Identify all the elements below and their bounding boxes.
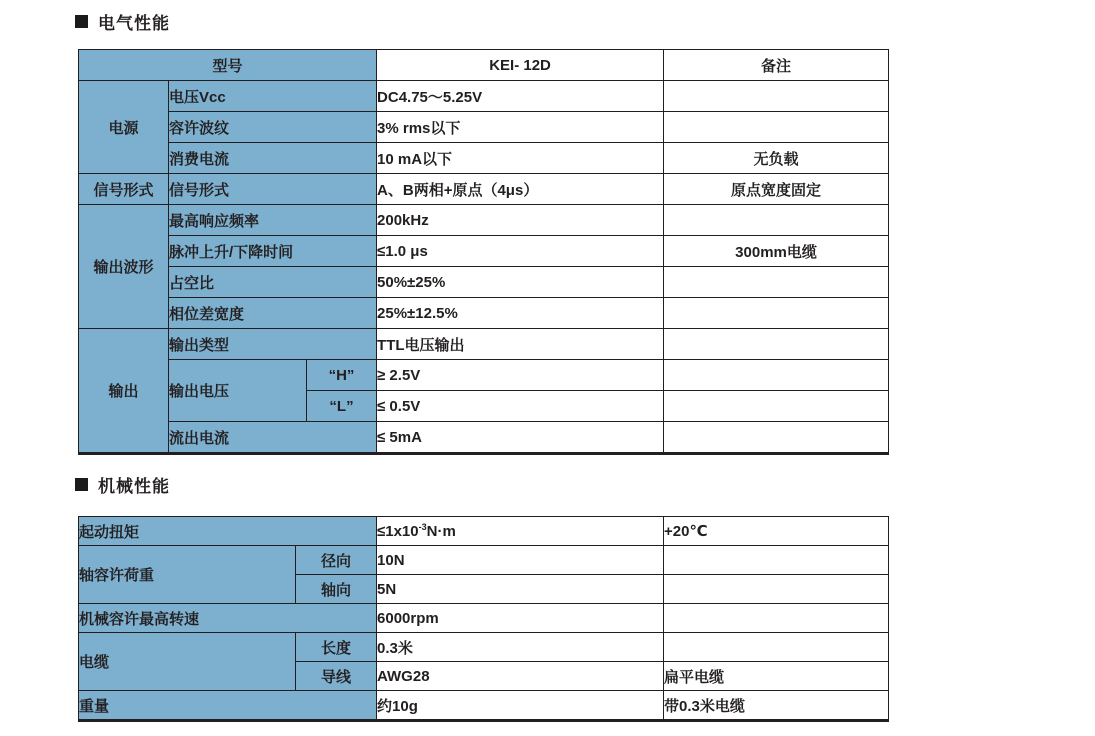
table-row: 输出波形 最高响应频率 200kHz <box>79 205 889 236</box>
section-heading-mechanical: 机械性能 <box>75 472 170 497</box>
spec-value: AWG28 <box>377 662 664 691</box>
remark-cell <box>664 205 889 236</box>
param-label: 最高响应频率 <box>169 205 377 236</box>
value-superscript: -3 <box>419 522 427 532</box>
remark-cell <box>664 575 889 604</box>
sub-label-wire: 导线 <box>296 662 377 691</box>
section-heading-electrical: 电气性能 <box>75 9 170 34</box>
table-row: 输出电压 “H” ≥ 2.5V <box>79 360 889 391</box>
group-label-output: 输出 <box>79 329 169 454</box>
spec-value: TTL电压输出 <box>377 329 664 360</box>
table-row: 电缆 长度 0.3米 <box>79 633 889 662</box>
spec-value: DC4.75～5.25V <box>377 81 664 112</box>
section-square-icon <box>75 15 88 28</box>
row-label-weight: 重量 <box>79 691 377 721</box>
param-label: 信号形式 <box>169 174 377 205</box>
remark-cell: 带0.3米电缆 <box>664 691 889 721</box>
group-label-signal: 信号形式 <box>79 174 169 205</box>
table-row: 电源 电压Vcc DC4.75～5.25V <box>79 81 889 112</box>
model-header-cell: 型号 <box>79 50 377 81</box>
group-label-power: 电源 <box>79 81 169 174</box>
table-row: 输出 输出类型 TTL电压输出 <box>79 329 889 360</box>
table-row: 起动扭矩 ≤1x10-3N·m +20℃ <box>79 517 889 546</box>
spec-value-starting-torque: ≤1x10-3N·m <box>377 517 664 546</box>
spec-value: ≤1.0 μs <box>377 236 664 267</box>
param-label: 脉冲上升/下降时间 <box>169 236 377 267</box>
param-label: 流出电流 <box>169 422 377 454</box>
spec-value: 6000rpm <box>377 604 664 633</box>
spec-value: 5N <box>377 575 664 604</box>
remark-cell <box>664 604 889 633</box>
table-row: 轴容许荷重 径向 10N <box>79 546 889 575</box>
remark-cell <box>664 267 889 298</box>
remark-cell <box>664 633 889 662</box>
param-label-output-voltage: 输出电压 <box>169 360 307 422</box>
remark-cell <box>664 81 889 112</box>
spec-value: 3% rms以下 <box>377 112 664 143</box>
table-row: 机械容许最高转速 6000rpm <box>79 604 889 633</box>
remark-cell: 原点宽度固定 <box>664 174 889 205</box>
sub-label-l: “L” <box>307 391 377 422</box>
remark-cell <box>664 298 889 329</box>
remark-cell <box>664 391 889 422</box>
spec-value: 约10g <box>377 691 664 721</box>
remark-cell: 无负载 <box>664 143 889 174</box>
table-row: 型号 KEI- 12D 备注 <box>79 50 889 81</box>
remark-cell <box>664 422 889 454</box>
remark-cell: +20℃ <box>664 517 889 546</box>
param-label: 相位差宽度 <box>169 298 377 329</box>
spec-value: 200kHz <box>377 205 664 236</box>
table-row: 流出电流 ≤ 5mA <box>79 422 889 454</box>
value-base: ≤1x10 <box>377 523 419 540</box>
spec-value: ≥ 2.5V <box>377 360 664 391</box>
param-label: 电压Vcc <box>169 81 377 112</box>
param-label: 容许波纹 <box>169 112 377 143</box>
row-label-starting-torque: 起动扭矩 <box>79 517 377 546</box>
spec-value: A、B两相+原点（4μs） <box>377 174 664 205</box>
spec-value: 0.3米 <box>377 633 664 662</box>
table-row: 占空比 50%±25% <box>79 267 889 298</box>
param-label: 输出类型 <box>169 329 377 360</box>
section-title: 电气性能 <box>98 9 170 34</box>
section-title: 机械性能 <box>98 472 170 497</box>
remark-cell <box>664 546 889 575</box>
row-label-max-speed: 机械容许最高转速 <box>79 604 377 633</box>
electrical-performance-table: 型号 KEI- 12D 备注 电源 电压Vcc DC4.75～5.25V 容许波… <box>78 49 889 455</box>
spec-value: 25%±12.5% <box>377 298 664 329</box>
spec-value: 50%±25% <box>377 267 664 298</box>
remark-cell <box>664 112 889 143</box>
spec-value: 10 mA以下 <box>377 143 664 174</box>
remark-cell: 300mm电缆 <box>664 236 889 267</box>
group-label-waveform: 输出波形 <box>79 205 169 329</box>
model-value-cell: KEI- 12D <box>377 50 664 81</box>
table-row: 容许波纹 3% rms以下 <box>79 112 889 143</box>
sub-label-length: 长度 <box>296 633 377 662</box>
spec-value: 10N <box>377 546 664 575</box>
remark-cell <box>664 329 889 360</box>
sub-label-h: “H” <box>307 360 377 391</box>
table-row: 信号形式 信号形式 A、B两相+原点（4μs） 原点宽度固定 <box>79 174 889 205</box>
sub-label-axial: 轴向 <box>296 575 377 604</box>
mechanical-performance-table: 起动扭矩 ≤1x10-3N·m +20℃ 轴容许荷重 径向 10N 轴向 5N … <box>78 516 889 722</box>
table-row: 重量 约10g 带0.3米电缆 <box>79 691 889 721</box>
remark-cell: 扁平电缆 <box>664 662 889 691</box>
param-label: 消费电流 <box>169 143 377 174</box>
row-label-cable: 电缆 <box>79 633 296 691</box>
remark-header-cell: 备注 <box>664 50 889 81</box>
table-row: 消费电流 10 mA以下 无负载 <box>79 143 889 174</box>
row-label-shaft-load: 轴容许荷重 <box>79 546 296 604</box>
section-square-icon <box>75 478 88 491</box>
remark-cell <box>664 360 889 391</box>
spec-value: ≤ 5mA <box>377 422 664 454</box>
param-label: 占空比 <box>169 267 377 298</box>
table-row: 相位差宽度 25%±12.5% <box>79 298 889 329</box>
sub-label-radial: 径向 <box>296 546 377 575</box>
spec-value: ≤ 0.5V <box>377 391 664 422</box>
value-unit: N·m <box>427 523 456 540</box>
table-row: 脉冲上升/下降时间 ≤1.0 μs 300mm电缆 <box>79 236 889 267</box>
